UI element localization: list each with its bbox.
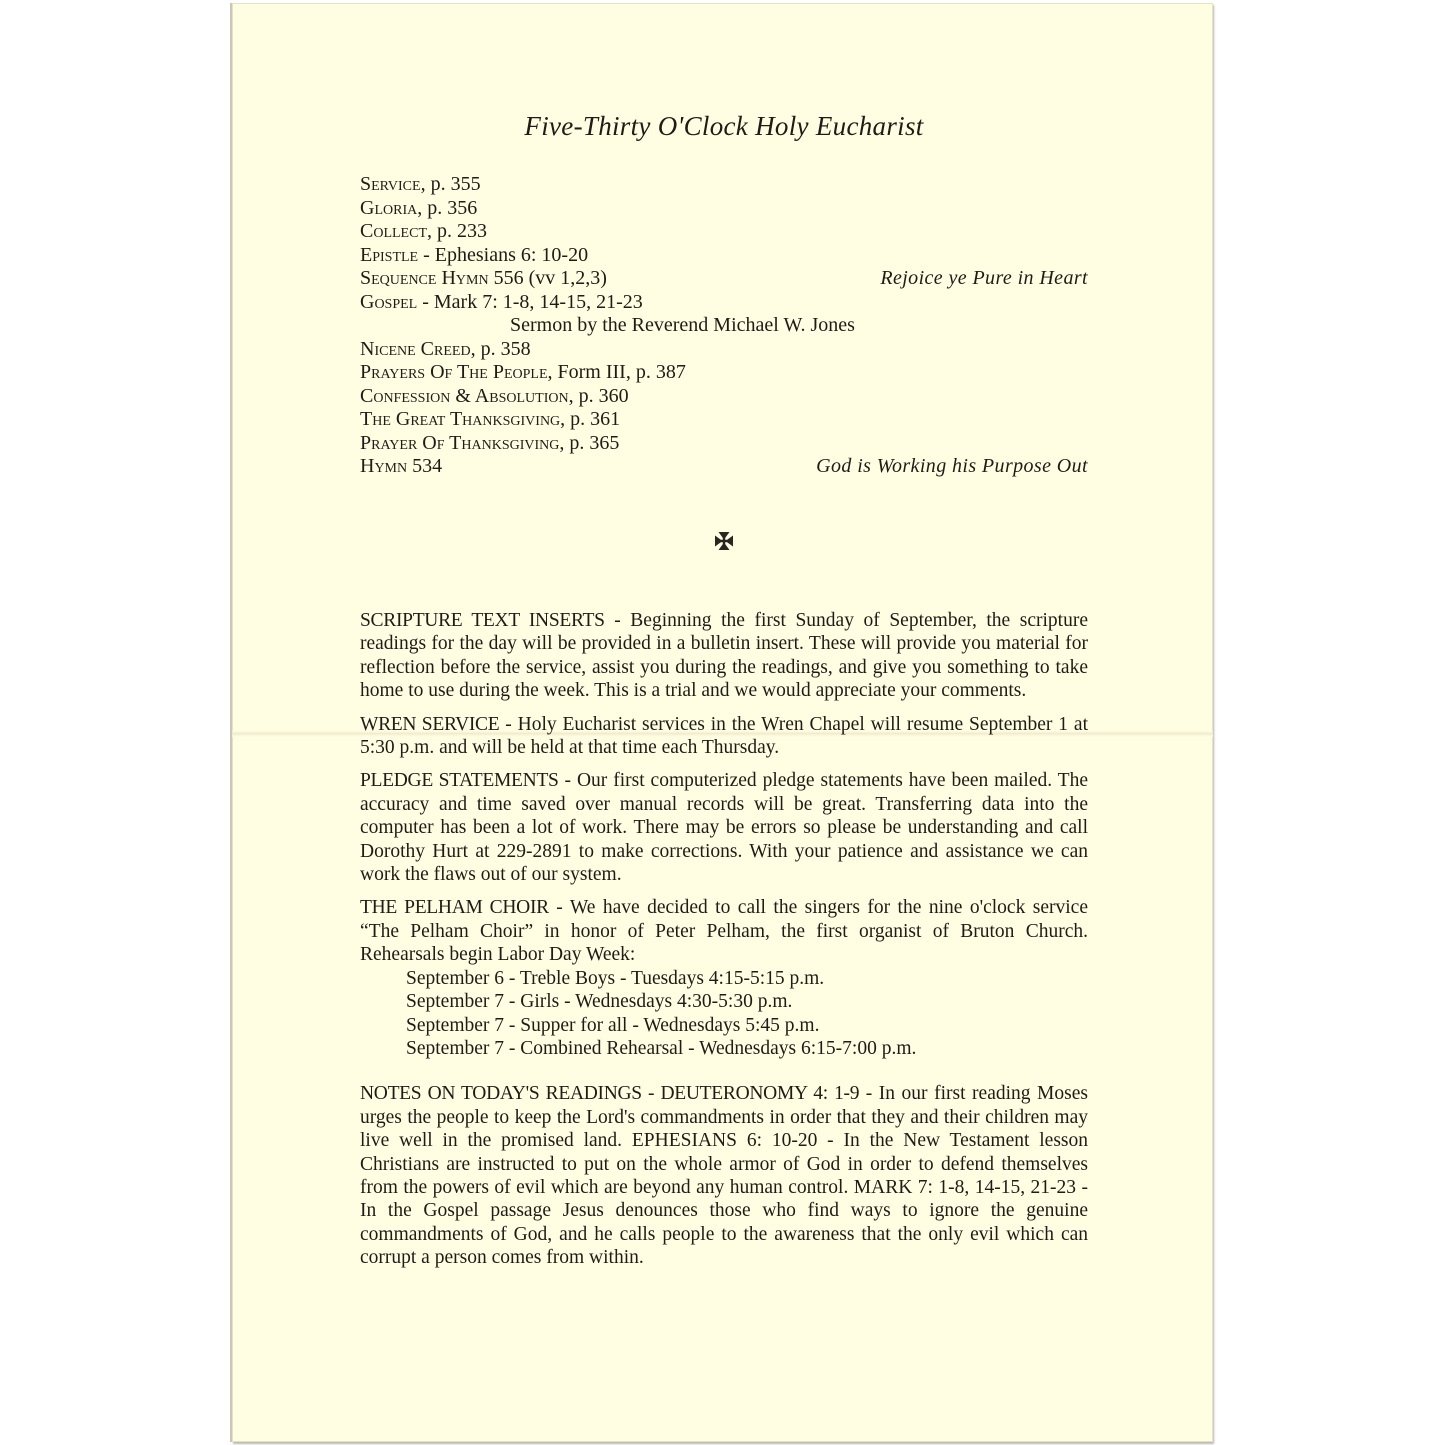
order-item-label: The Great Thanksgiving [360,408,560,430]
notice-body: - In our first reading Moses urges the p… [360,1083,1088,1268]
schedule-item: September 7 - Girls - Wednesdays 4:30-5:… [406,990,1088,1013]
order-item-label: Prayer Of Thanksgiving [360,432,559,454]
order-item-detail: 534 [407,455,442,477]
order-item-closing-hymn: Hymn 534 God is Working his Purpose Out [360,455,1088,479]
notice-todays-readings: NOTES ON TODAY'S READINGS - DEUTERONOMY … [360,1082,1088,1269]
order-item-great-thanksgiving: The Great Thanksgiving, p. 361 [360,408,1088,432]
order-item-detail: , p. 355 [421,173,481,195]
order-item-confession: Confession & Absolution, p. 360 [360,385,1088,409]
bulletin-page: Five-Thirty O'Clock Holy Eucharist Servi… [232,3,1213,1442]
schedule-item: September 6 - Treble Boys - Tuesdays 4:1… [406,967,1088,990]
order-item-detail: , p. 356 [417,197,477,219]
order-item-label: Confession & Absolution [360,385,569,407]
order-item-gloria: Gloria, p. 356 [360,197,1088,221]
sermon-line: Sermon by the Reverend Michael W. Jones [360,314,1088,338]
order-item-gospel: Gospel - Mark 7: 1-8, 14-15, 21-23 [360,291,1088,315]
sermon-text: Sermon by the Reverend Michael W. Jones [510,314,855,338]
notice-scripture-inserts: SCRIPTURE TEXT INSERTS - Beginning the f… [360,609,1088,703]
order-item-label: Gloria [360,197,417,219]
order-item-prayer-of-thanksgiving: Prayer Of Thanksgiving, p. 365 [360,432,1088,456]
order-of-service: Service, p. 355 Gloria, p. 356 Collect, … [360,173,1088,479]
notice-heading: NOTES ON TODAY'S READINGS - DEUTERONOMY … [360,1083,859,1104]
announcements: SCRIPTURE TEXT INSERTS - Beginning the f… [360,609,1088,1280]
order-item-detail: , p. 365 [559,432,619,454]
order-item-detail: - Mark 7: 1-8, 14-15, 21-23 [417,291,643,313]
service-title: Five-Thirty O'Clock Holy Eucharist [360,111,1088,142]
order-item-label: Collect [360,220,427,242]
schedule-item: September 7 - Combined Rehearsal - Wedne… [406,1037,1088,1060]
notice-pelham-choir: THE PELHAM CHOIR - We have decided to ca… [360,896,1088,1060]
order-item-prayers-of-the-people: Prayers Of The People, Form III, p. 387 [360,361,1088,385]
notice-heading: THE PELHAM CHOIR [360,897,549,918]
order-item-detail: , p. 233 [427,220,487,242]
hymn-title: Rejoice ye Pure in Heart [880,267,1088,291]
order-item-nicene-creed: Nicene Creed, p. 358 [360,338,1088,362]
order-item-label: Hymn [360,455,407,477]
order-item-label: Epistle [360,244,418,266]
order-item-detail: 556 (vv 1,2,3) [489,267,607,289]
order-item-detail: , p. 358 [471,338,531,360]
notice-heading: WREN SERVICE [360,714,499,735]
order-item-service: Service, p. 355 [360,173,1088,197]
hymn-title: God is Working his Purpose Out [816,455,1088,479]
order-item-label: Service [360,173,421,195]
order-item-collect: Collect, p. 233 [360,220,1088,244]
rehearsal-schedule: September 6 - Treble Boys - Tuesdays 4:1… [360,967,1088,1061]
order-item-sequence-hymn: Sequence Hymn 556 (vv 1,2,3) Rejoice ye … [360,267,1088,291]
notice-heading: SCRIPTURE TEXT INSERTS [360,610,605,631]
schedule-item: September 7 - Supper for all - Wednesday… [406,1014,1088,1037]
order-item-detail: - Ephesians 6: 10-20 [418,244,588,266]
order-item-detail: , p. 361 [560,408,620,430]
order-item-detail: , Form III, p. 387 [548,361,686,383]
order-item-label: Sequence Hymn [360,267,489,289]
order-item-detail: , p. 360 [569,385,629,407]
order-item-label: Gospel [360,291,417,313]
notice-pledge-statements: PLEDGE STATEMENTS - Our first computeriz… [360,769,1088,886]
notice-wren-service: WREN SERVICE - Holy Eucharist services i… [360,713,1088,760]
order-item-epistle: Epistle - Ephesians 6: 10-20 [360,244,1088,268]
notice-heading: PLEDGE STATEMENTS [360,770,559,791]
order-item-label: Prayers Of The People [360,361,548,383]
order-item-label: Nicene Creed [360,338,471,360]
cross-pattee-icon [712,529,736,553]
